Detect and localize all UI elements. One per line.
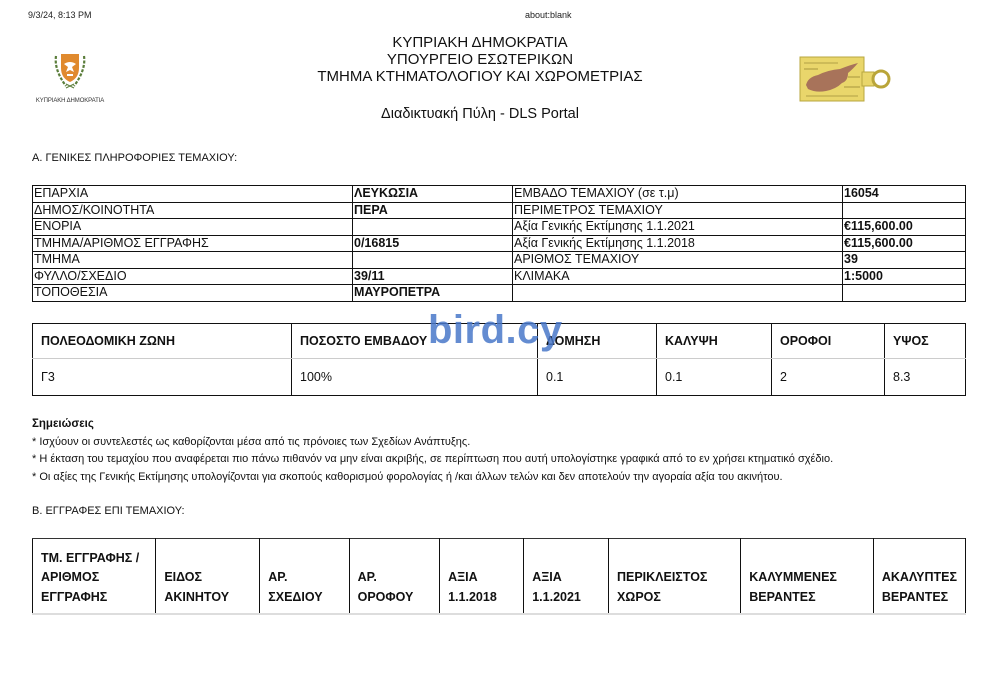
header-republic: ΚΥΠΡΙΑΚΗ ΔΗΜΟΚΡΑΤΙΑ [0,34,960,51]
records-header: ΤΜ. ΕΓΓΡΑΦΗΣ /ΑΡΙΘΜΟΣΕΓΓΡΑΦΗΣ [33,539,156,615]
document-header: ΚΥΠΡΙΑΚΗ ΔΗΜΟΚΡΑΤΙΑ ΥΠΟΥΡΓΕΙΟ ΕΣΩΤΕΡΙΚΩΝ… [0,34,960,123]
records-header-line: ΒΕΡΑΝΤΕΣ [882,588,957,608]
info-label: ΤΜΗΜΑ/ΑΡΙΘΜΟΣ ΕΓΓΡΑΦΗΣ [33,235,353,252]
info-label: Αξία Γενικής Εκτίμησης 1.1.2021 [513,219,843,236]
info-label [513,285,843,302]
info-value: 39/11 [353,268,513,285]
info-label: ΕΝΟΡΙΑ [33,219,353,236]
records-header-line: ΒΕΡΑΝΤΕΣ [749,588,865,608]
records-header: ΑΞΙΑ1.1.2018 [440,539,524,615]
records-header-line: ΑΡΙΘΜΟΣ [41,568,147,588]
info-value: €115,600.00 [843,235,966,252]
info-label: ΕΜΒΑΔΟ ΤΕΜΑΧΙΟΥ (σε τ.μ) [513,186,843,203]
records-header-line: ΣΧΕΔΙΟΥ [268,588,340,608]
zoning-cell: 2 [772,359,885,396]
records-header: ΑΞΙΑ1.1.2021 [524,539,609,615]
zoning-cell: 0.1 [657,359,772,396]
print-url: about:blank [525,10,572,20]
info-label: Αξία Γενικής Εκτίμησης 1.1.2018 [513,235,843,252]
table-row: ΤΟΠΟΘΕΣΙΑΜΑΥΡΟΠΕΤΡΑ [33,285,966,302]
records-header-line: ΕΓΓΡΑΦΗΣ [41,588,147,608]
zoning-header: ΚΑΛΥΨΗ [657,324,772,359]
table-row: ΕΠΑΡΧΙΑΛΕΥΚΩΣΙΑΕΜΒΑΔΟ ΤΕΜΑΧΙΟΥ (σε τ.μ)1… [33,186,966,203]
info-value [843,202,966,219]
records-header: ΕΙΔΟΣΑΚΙΝΗΤΟΥ [156,539,260,615]
info-label: ΕΠΑΡΧΙΑ [33,186,353,203]
info-value: ΠΕΡΑ [353,202,513,219]
records-header: ΑΡ.ΣΧΕΔΙΟΥ [260,539,349,615]
info-value: 39 [843,252,966,269]
records-header: ΠΕΡΙΚΛΕΙΣΤΟΣΧΩΡΟΣ [608,539,740,615]
note-item: * Ισχύουν οι συντελεστές ως καθορίζονται… [32,434,833,452]
records-header-line: ΟΡΟΦΟΥ [358,588,432,608]
table-row: ΤΜΗΜΑΑΡΙΘΜΟΣ ΤΕΜΑΧΙΟΥ39 [33,252,966,269]
table-row: ΤΜΗΜΑ/ΑΡΙΘΜΟΣ ΕΓΓΡΑΦΗΣ0/16815Αξία Γενική… [33,235,966,252]
notes-title: Σημειώσεις [32,416,833,434]
info-value: 0/16815 [353,235,513,252]
watermark: bird.cy [428,310,563,350]
table-row: Γ3 100% 0.1 0.1 2 8.3 [33,359,966,396]
zoning-header: ΠΟΛΕΟΔΟΜΙΚΗ ΖΩΝΗ [33,324,292,359]
records-header-line: ΑΚΙΝΗΤΟΥ [164,588,251,608]
records-header-line: ΠΕΡΙΚΛΕΙΣΤΟΣ [617,568,732,588]
info-value: 1:5000 [843,268,966,285]
info-value: €115,600.00 [843,219,966,236]
records-header-line: ΑΡ. [358,568,432,588]
table-row: ΕΝΟΡΙΑΑξία Γενικής Εκτίμησης 1.1.2021€11… [33,219,966,236]
note-item: * Η έκταση του τεμαχίου που αναφέρεται π… [32,451,833,469]
note-item: * Οι αξίες της Γενικής Εκτίμησης υπολογί… [32,469,833,487]
info-label: ΚΛΙΜΑΚΑ [513,268,843,285]
records-header-line: ΑΡ. [268,568,340,588]
records-header: ΚΑΛΥΜΜΕΝΕΣΒΕΡΑΝΤΕΣ [741,539,874,615]
info-value [843,285,966,302]
info-label: ΦΥΛΛΟ/ΣΧΕΔΙΟ [33,268,353,285]
print-datetime: 9/3/24, 8:13 PM [28,10,92,20]
zoning-cell: 8.3 [885,359,966,396]
records-header-line: 1.1.2021 [532,588,600,608]
zoning-header: ΥΨΟΣ [885,324,966,359]
info-value [353,252,513,269]
general-info-table: ΕΠΑΡΧΙΑΛΕΥΚΩΣΙΑΕΜΒΑΔΟ ΤΕΜΑΧΙΟΥ (σε τ.μ)1… [32,185,966,302]
info-label: ΠΕΡΙΜΕΤΡΟΣ ΤΕΜΑΧΙΟΥ [513,202,843,219]
zoning-header: ΟΡΟΦΟΙ [772,324,885,359]
records-header-row: ΤΜ. ΕΓΓΡΑΦΗΣ /ΑΡΙΘΜΟΣΕΓΓΡΑΦΗΣΕΙΔΟΣΑΚΙΝΗΤ… [33,539,966,615]
zoning-cell: Γ3 [33,359,292,396]
records-header-line: ΑΞΙΑ [532,568,600,588]
info-label: ΔΗΜΟΣ/ΚΟΙΝΟΤΗΤΑ [33,202,353,219]
records-header-line: ΑΞΙΑ [448,568,515,588]
zoning-cell: 100% [292,359,538,396]
section-a-title: Α. ΓΕΝΙΚΕΣ ΠΛΗΡΟΦΟΡΙΕΣ ΤΕΜΑΧΙΟΥ: [32,152,237,164]
section-b-title: Β. ΕΓΓΡΑΦΕΣ ΕΠΙ ΤΕΜΑΧΙΟΥ: [32,505,185,517]
info-label: ΤΜΗΜΑ [33,252,353,269]
info-value: ΜΑΥΡΟΠΕΤΡΑ [353,285,513,302]
header-portal: Διαδικτυακή Πύλη - DLS Portal [0,106,960,123]
info-value: 16054 [843,186,966,203]
records-header-line: 1.1.2018 [448,588,515,608]
info-value: ΛΕΥΚΩΣΙΑ [353,186,513,203]
zoning-cell: 0.1 [538,359,657,396]
table-row: ΦΥΛΛΟ/ΣΧΕΔΙΟ39/11ΚΛΙΜΑΚΑ1:5000 [33,268,966,285]
records-header-line: ΚΑΛΥΜΜΕΝΕΣ [749,568,865,588]
info-label: ΑΡΙΘΜΟΣ ΤΕΜΑΧΙΟΥ [513,252,843,269]
records-header: ΑΚΑΛΥΠΤΕΣΒΕΡΑΝΤΕΣ [873,539,965,615]
notes: Σημειώσεις * Ισχύουν οι συντελεστές ως κ… [32,416,833,486]
info-label: ΤΟΠΟΘΕΣΙΑ [33,285,353,302]
records-header-line: ΧΩΡΟΣ [617,588,732,608]
info-value [353,219,513,236]
records-header-line: ΕΙΔΟΣ [164,568,251,588]
records-header: ΑΡ.ΟΡΟΦΟΥ [349,539,440,615]
records-header-line: ΑΚΑΛΥΠΤΕΣ [882,568,957,588]
records-header-line: ΤΜ. ΕΓΓΡΑΦΗΣ / [41,549,147,569]
records-table: ΤΜ. ΕΓΓΡΑΦΗΣ /ΑΡΙΘΜΟΣΕΓΓΡΑΦΗΣΕΙΔΟΣΑΚΙΝΗΤ… [32,538,966,615]
table-row: ΔΗΜΟΣ/ΚΟΙΝΟΤΗΤΑΠΕΡΑΠΕΡΙΜΕΤΡΟΣ ΤΕΜΑΧΙΟΥ [33,202,966,219]
header-ministry: ΥΠΟΥΡΓΕΙΟ ΕΣΩΤΕΡΙΚΩΝ [0,51,960,68]
header-department: ΤΜΗΜΑ ΚΤΗΜΑΤΟΛΟΓΙΟΥ ΚΑΙ ΧΩΡΟΜΕΤΡΙΑΣ [0,68,960,85]
